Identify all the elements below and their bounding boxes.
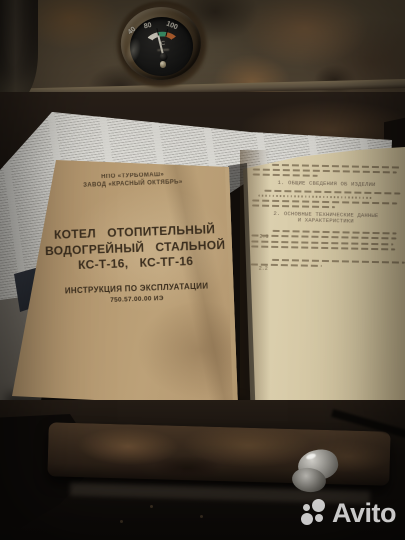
avito-watermark: Avito xyxy=(298,496,402,536)
listing-photo: 40 80 100 °C 1. ОБЩИЕ СВЕДЕНИЯ ОБ ИЗДЕЛИ… xyxy=(0,0,405,540)
photo-vignette xyxy=(0,0,405,540)
avito-logo-dot xyxy=(303,504,310,511)
avito-logo-dot xyxy=(315,514,323,522)
avito-logo-dot xyxy=(312,499,325,512)
avito-logo-dot xyxy=(301,513,313,525)
avito-watermark-label: Avito xyxy=(332,498,396,529)
